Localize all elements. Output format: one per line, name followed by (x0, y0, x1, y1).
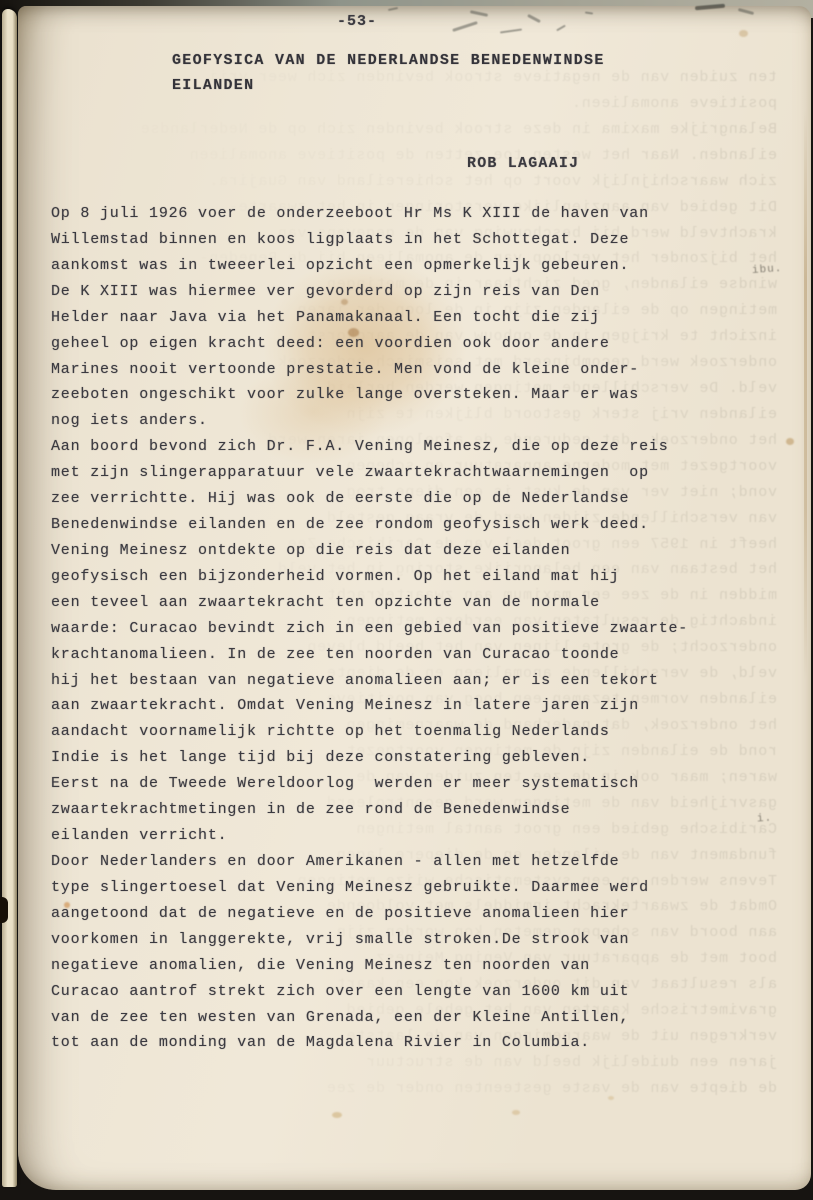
ghost-line: zich waarschijnlijk voort op het schiere… (37, 173, 777, 190)
body-line: De K XIII was hiermee ver gevorderd op z… (51, 283, 600, 300)
article-title-line1: GEOFYSICA VAN DE NEDERLANDSE BENEDENWIND… (172, 52, 605, 69)
body-line: zee verrichtte. Hij was ook de eerste di… (51, 490, 629, 507)
body-line: Marines nooit vertoonde prestatie. Men v… (51, 361, 639, 378)
body-line: aankomst was in tweeerlei opzicht een op… (51, 257, 629, 274)
body-line: zeeboten ongeschikt voor zulke lange ove… (51, 386, 639, 403)
body-line: Willemstad binnen en koos ligplaats in h… (51, 231, 629, 248)
pencil-mark: i. (757, 812, 773, 825)
body-line: een teveel aan zwaartekracht ten opzicht… (51, 594, 600, 611)
body-line: geheel op eigen kracht deed: een voordie… (51, 335, 610, 352)
body-line: zwaartekrachtmetingen in de zee rond de … (51, 801, 570, 818)
body-line: hij het bestaan van negatieve anomalieen… (51, 672, 659, 689)
page-edge-discoloration (804, 110, 807, 680)
ghost-line: positieve anomalieen. (37, 95, 777, 112)
body-line: aangetoond dat de negatieve en de positi… (51, 905, 629, 922)
body-line: Curacao aantrof strekt zich over een len… (51, 983, 629, 1000)
body-line: nog iets anders. (51, 412, 208, 429)
stain-speckle (739, 30, 748, 37)
scanned-book-photo: ten zuiden van de negatieve strook bevin… (0, 0, 813, 1200)
ghost-line: de diepte van de vaste gesteenten onder … (37, 1080, 777, 1097)
ghost-line: ten zuiden van de negatieve strook bevin… (37, 69, 777, 86)
body-line: krachtanomalieen. In de zee ten noorden … (51, 646, 619, 663)
body-line: tot aan de monding van de Magdalena Rivi… (51, 1034, 590, 1051)
stain-speckle (332, 1112, 342, 1118)
body-line: van de zee ten westen van Grenada, een d… (51, 1009, 629, 1026)
body-line: type slingertoesel dat Vening Meinesz ge… (51, 879, 649, 896)
stain-speckle (608, 1096, 614, 1100)
ghost-line: jaren een duidelijk beeld van de structu… (37, 1054, 777, 1071)
body-line: Eerst na de Tweede Wereldoorlog werden e… (51, 775, 639, 792)
body-line: waarde: Curacao bevindt zich in een gebi… (51, 620, 688, 637)
stain-speckle (786, 438, 794, 445)
ghost-line: eilanden. Naar het westen toe zetten de … (37, 147, 777, 164)
body-line: aandacht voornamelijk richtte op het toe… (51, 723, 610, 740)
body-line: Op 8 juli 1926 voer de onderzeeboot Hr M… (51, 205, 649, 222)
page-number: -53- (337, 13, 377, 30)
stain-speckle (512, 1110, 520, 1115)
ghost-line: Belangrijke maxima in deze strook bevind… (37, 121, 777, 138)
body-line: negatieve anomalien, die Vening Meinesz … (51, 957, 590, 974)
stain-speckle (341, 299, 348, 305)
article-title-line2: EILANDEN (172, 77, 254, 94)
body-line: Door Nederlanders en door Amerikanen - a… (51, 853, 619, 870)
pencil-mark: ibu. (752, 263, 783, 277)
body-line: Vening Meinesz ontdekte op die reis dat … (51, 542, 570, 559)
body-line: geofysisch een bijzonderheid vormen. Op … (51, 568, 619, 585)
body-line: Indie is het lange tijd bij deze constat… (51, 749, 590, 766)
body-line: voorkomen in langgerekte, vrij smalle st… (51, 931, 629, 948)
body-line: aan zwaartekracht. Omdat Vening Meinesz … (51, 697, 639, 714)
edge-notch (0, 897, 8, 923)
body-line: Aan boord bevond zich Dr. F.A. Vening Me… (51, 438, 669, 455)
facing-page-edge (2, 9, 17, 1187)
body-line: eilanden verricht. (51, 827, 227, 844)
body-line: met zijn slingerapparatuur vele zwaartek… (51, 464, 649, 481)
author-name: ROB LAGAAIJ (467, 155, 579, 172)
body-line: Helder naar Java via het Panamakanaal. E… (51, 309, 600, 326)
body-line: Benedenwindse eilanden en de zee rondom … (51, 516, 649, 533)
